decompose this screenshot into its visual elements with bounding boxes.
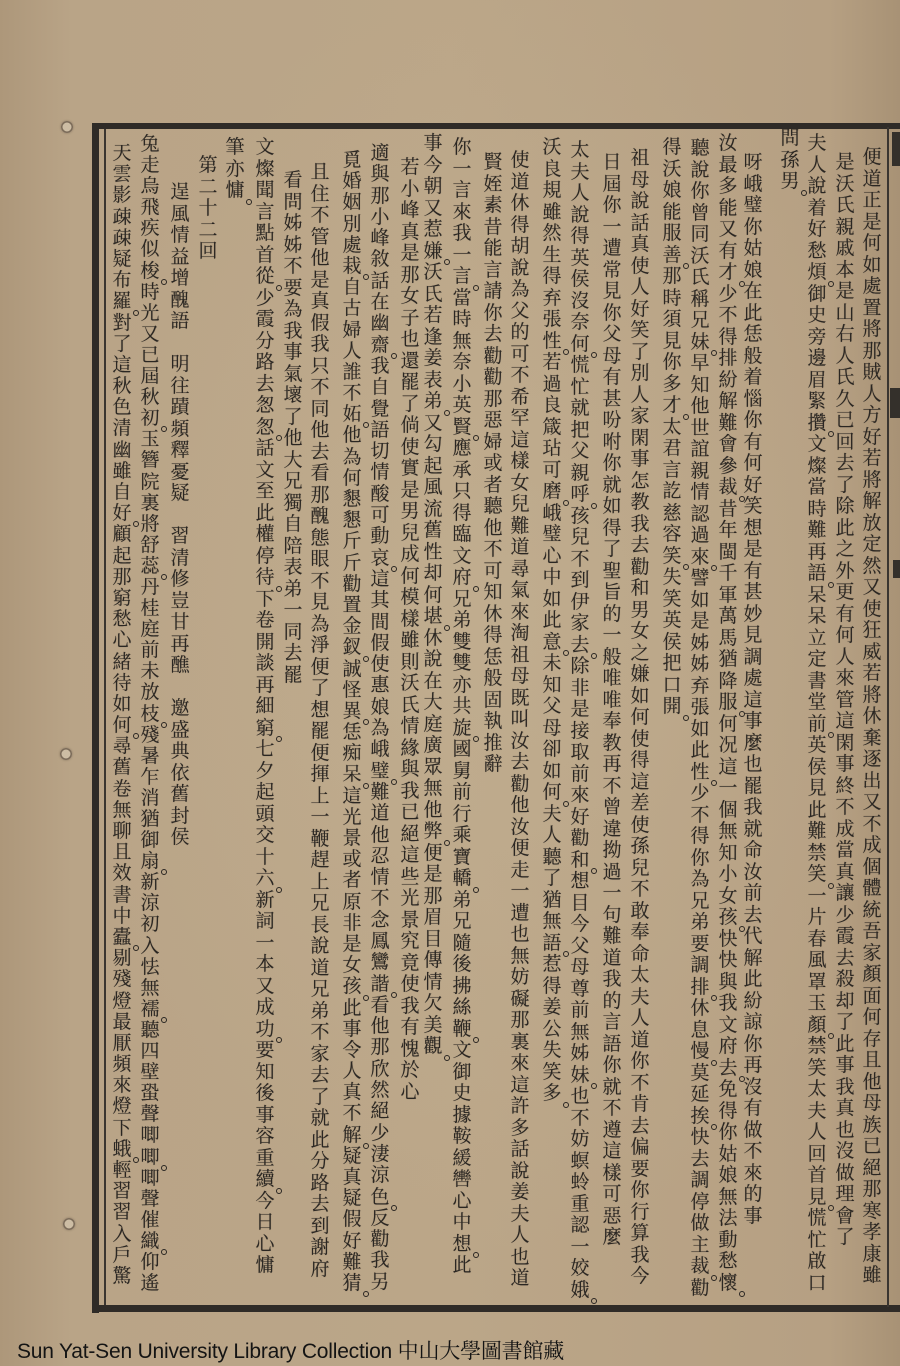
glyph: 母: [569, 957, 591, 979]
glyph: 父: [509, 301, 531, 323]
glyph: 見: [806, 1187, 828, 1209]
glyph: 猶: [717, 649, 739, 671]
glyph: 顏: [861, 964, 883, 986]
verse-column: 你一言來我一言當時無奈小英賢應承只得臨文府兄弟雙雙亦共旋國舅前行乘寶轎弟兄隨後拂…: [451, 137, 473, 1277]
glyph: 如: [541, 761, 563, 783]
glyph: 鳳: [369, 931, 391, 952]
glyph: 殺: [834, 969, 856, 991]
glyph: 朝: [422, 176, 444, 198]
glyph: 勸: [341, 574, 363, 595]
glyph: 怱: [254, 395, 276, 417]
glyph: 使: [369, 654, 391, 675]
glyph: 桂: [139, 598, 161, 619]
glyph: 趕: [309, 850, 331, 872]
glyph: 難: [806, 520, 828, 542]
glyph: 停: [254, 546, 276, 568]
glyph: 良: [541, 395, 563, 417]
glyph: 我: [717, 993, 739, 1015]
glyph: 我: [742, 797, 764, 819]
glyph: 前: [139, 640, 161, 661]
glyph: 定: [861, 534, 883, 556]
glyph: 秋: [139, 387, 161, 408]
glyph: 能: [717, 198, 739, 220]
glyph: 是: [341, 934, 363, 955]
glyph: 賢: [451, 417, 473, 439]
glyph: 不: [369, 888, 391, 909]
glyph: 母: [541, 718, 563, 740]
glyph: 了: [309, 1087, 331, 1109]
glyph: 少: [834, 905, 856, 927]
glyph: 依: [169, 763, 191, 785]
glyph: 文: [806, 434, 828, 456]
glyph: 覺: [369, 399, 391, 420]
glyph: 姪: [482, 174, 504, 196]
glyph: 他: [689, 396, 711, 418]
glyph: 弟: [309, 1001, 331, 1023]
glyph: 何: [399, 566, 421, 588]
glyph: 侯: [169, 827, 191, 849]
glyph: 汝: [717, 133, 739, 155]
glyph: 去: [629, 1116, 651, 1138]
glyph: 修: [169, 569, 191, 591]
glyph: 呆: [341, 764, 363, 785]
glyph: 是: [742, 539, 764, 561]
glyph: 卻: [541, 739, 563, 761]
glyph: 看: [282, 170, 304, 192]
glyph: 本: [834, 260, 856, 282]
glyph: 我: [309, 334, 331, 356]
glyph: 男: [399, 501, 421, 523]
glyph: 眼: [309, 549, 331, 571]
glyph: 醮: [169, 655, 191, 677]
prose-column: 若小峰真是那女子也還罷了倘使實是男兒成何模樣雖則沃氏情緣與我已絕這些光景究竟使我…: [399, 157, 421, 1103]
glyph: 來: [742, 1163, 764, 1185]
glyph: 那: [422, 886, 444, 908]
glyph: 性: [422, 542, 444, 564]
glyph: 頻: [169, 419, 191, 441]
glyph: 裏: [509, 1032, 531, 1054]
glyph: 惹: [422, 219, 444, 241]
glyph: 想: [742, 518, 764, 540]
glyph: 峨: [369, 739, 391, 760]
glyph: 言: [451, 266, 473, 288]
glyph: 好: [111, 503, 133, 524]
glyph: 說: [689, 160, 711, 182]
glyph: 簪: [139, 450, 161, 471]
glyph: 夫: [541, 804, 563, 826]
glyph: 不: [309, 571, 331, 593]
glyph: 姜: [541, 997, 563, 1019]
glyph: 着: [742, 367, 764, 389]
glyph: 金: [341, 616, 363, 637]
glyph: 狂: [861, 620, 883, 642]
glyph: 使: [629, 815, 651, 837]
glyph: 回: [197, 241, 219, 263]
glyph: 氏: [422, 284, 444, 306]
glyph: 令: [341, 1040, 363, 1061]
glyph: 罷: [399, 372, 421, 394]
glyph: 姊: [569, 1043, 591, 1065]
glyph: 情: [169, 225, 191, 247]
glyph: 怱: [254, 417, 276, 439]
glyph: 起: [422, 456, 444, 478]
glyph: 遵: [601, 1120, 623, 1142]
glyph: 到: [569, 570, 591, 592]
glyph: 奉: [601, 711, 623, 733]
glyph: 是: [569, 699, 591, 721]
glyph: 也: [399, 329, 421, 351]
glyph: 何: [861, 1007, 883, 1029]
glyph: 何: [861, 233, 883, 255]
glyph: 勸: [482, 367, 504, 389]
glyph: 調: [742, 647, 764, 669]
glyph: 處: [861, 276, 883, 298]
glyph: 男: [779, 171, 801, 193]
glyph: 今: [422, 155, 444, 177]
glyph: 善: [661, 245, 683, 267]
glyph: 說: [569, 205, 591, 227]
glyph: 情: [369, 462, 391, 483]
glyph: 他: [509, 795, 531, 817]
glyph: 這: [629, 772, 651, 794]
glyph: 輕: [111, 1160, 133, 1181]
glyph: 功: [254, 1019, 276, 1041]
glyph: 快: [717, 950, 739, 972]
glyph: 體: [861, 878, 883, 900]
glyph: 夫: [806, 1101, 828, 1123]
glyph: 者: [482, 475, 504, 497]
glyph: 雙: [451, 653, 473, 675]
glyph: 獨: [282, 493, 304, 515]
glyph: 呆: [806, 585, 828, 607]
glyph: 景: [341, 828, 363, 849]
glyph: 娘: [661, 180, 683, 202]
glyph: 府: [309, 1259, 331, 1281]
glyph: 過: [601, 862, 623, 884]
glyph: 少: [689, 783, 711, 805]
glyph: 誰: [341, 362, 363, 383]
glyph: 夕: [254, 761, 276, 783]
glyph: 也: [834, 1120, 856, 1142]
glyph: 文: [451, 1040, 473, 1062]
glyph: 久: [834, 389, 856, 411]
glyph: 點: [254, 223, 276, 245]
glyph: 親: [689, 461, 711, 483]
glyph: 人: [861, 384, 883, 406]
glyph: 御: [806, 284, 828, 306]
glyph: 是: [689, 611, 711, 633]
glyph: 疎: [111, 207, 133, 228]
glyph: 馬: [717, 628, 739, 650]
glyph: 昔: [482, 217, 504, 239]
glyph: 母: [861, 1093, 883, 1115]
glyph: 羅: [111, 291, 133, 312]
glyph: 霞: [834, 926, 856, 948]
glyph: 鞭: [451, 1019, 473, 1041]
glyph: 似: [139, 239, 161, 260]
glyph: 眉: [806, 370, 828, 392]
glyph: 服: [661, 223, 683, 245]
glyph: 沒: [569, 291, 591, 313]
glyph: 醜: [309, 506, 331, 528]
prose-column: 看問姊姊不要為我事氣壞了他大兄獨自陪表弟一同去罷: [282, 170, 304, 686]
glyph: 君: [661, 438, 683, 460]
glyph: 難: [509, 516, 531, 538]
glyph: 得: [601, 518, 623, 540]
prose-column: 賢姪素昔能言請你去勸勸那惡婦或者聽他不可知休得恁般固執推辭: [482, 152, 504, 776]
glyph: 讓: [834, 883, 856, 905]
glyph: 命: [629, 944, 651, 966]
glyph: 尋: [509, 559, 531, 581]
prose-column: 是沃氏親戚本是山右人氏久已回去了除此之外更有何人來管這閑事終不成當真讓少霞去殺却…: [834, 152, 856, 1249]
prose-column: 使道休得胡說為父的可不希罕這樣女兒難道尋氣來淘祖母既叫汝去勸他汝便走一遭也無妨礙…: [509, 150, 531, 1290]
glyph: 詞: [254, 911, 276, 933]
glyph: 一: [601, 625, 623, 647]
glyph: 成: [254, 997, 276, 1019]
glyph: 孝: [861, 1222, 883, 1244]
glyph: 自: [282, 514, 304, 536]
glyph: 愁: [806, 241, 828, 263]
glyph: 將: [861, 685, 883, 707]
glyph: 為: [689, 869, 711, 891]
glyph: 習: [111, 1181, 133, 1202]
glyph: 氣: [509, 580, 531, 602]
glyph: 他: [369, 825, 391, 846]
glyph: 個: [717, 800, 739, 822]
glyph: 方: [861, 405, 883, 427]
glyph: 一: [806, 886, 828, 908]
glyph: 何: [422, 585, 444, 607]
glyph: 姻: [341, 192, 363, 213]
glyph: 勸: [482, 346, 504, 368]
glyph: 多: [717, 176, 739, 198]
glyph: 置: [861, 298, 883, 320]
glyph: 見: [309, 592, 331, 614]
glyph: 處: [742, 668, 764, 690]
glyph: 疑: [169, 483, 191, 505]
glyph: 情: [399, 716, 421, 738]
glyph: 來: [509, 602, 531, 624]
glyph: 清: [169, 548, 191, 570]
glyph: 去: [689, 1149, 711, 1171]
glyph: 待: [254, 567, 276, 589]
glyph: 待: [111, 673, 133, 694]
glyph: 明: [169, 354, 191, 376]
glyph: 燦: [806, 456, 828, 478]
glyph: 奈: [569, 312, 591, 334]
glyph: 緒: [111, 652, 133, 673]
glyph: 難: [341, 1252, 363, 1273]
glyph: 窮: [111, 588, 133, 609]
glyph: 辭: [482, 754, 504, 776]
glyph: 時: [661, 288, 683, 310]
glyph: 句: [601, 905, 623, 927]
glyph: 表: [422, 370, 444, 392]
glyph: 乍: [139, 767, 161, 788]
glyph: 主: [689, 1235, 711, 1257]
glyph: 些: [399, 867, 421, 889]
glyph: 可: [601, 1184, 623, 1206]
glyph: 愧: [399, 1039, 421, 1061]
glyph: 聞: [254, 180, 276, 202]
glyph: 人: [341, 341, 363, 362]
glyph: 做: [689, 1213, 711, 1235]
glyph: 個: [861, 857, 883, 879]
glyph: 來: [689, 547, 711, 569]
glyph: 便: [422, 843, 444, 865]
glyph: 雲: [111, 164, 133, 185]
glyph: 織: [139, 1231, 161, 1252]
glyph: 見: [742, 625, 764, 647]
glyph: 惠: [369, 675, 391, 696]
glyph: 上: [309, 786, 331, 808]
glyph: 為: [341, 447, 363, 468]
glyph: 家: [629, 406, 651, 428]
glyph: 得: [629, 750, 651, 772]
glyph: 釋: [169, 440, 191, 462]
glyph: 生: [541, 245, 563, 267]
glyph: 來: [451, 202, 473, 224]
glyph: 再: [601, 754, 623, 776]
glyph: 事: [834, 1055, 856, 1077]
glyph: 燈: [111, 991, 133, 1012]
glyph: 會: [834, 1206, 856, 1228]
glyph: 御: [451, 1062, 473, 1084]
glyph: 再: [742, 1055, 764, 1077]
glyph: 異: [341, 701, 363, 722]
glyph: 屆: [139, 366, 161, 387]
glyph: 我: [282, 321, 304, 343]
glyph: 為: [509, 279, 531, 301]
glyph: 何: [629, 707, 651, 729]
glyph: 飛: [139, 197, 161, 218]
frame-left-inner-line: [104, 129, 106, 1306]
glyph: 舅: [451, 761, 473, 783]
glyph: 已: [834, 410, 856, 432]
glyph: 英: [806, 735, 828, 757]
glyph: 口: [806, 1273, 828, 1295]
glyph: 夫: [569, 162, 591, 184]
glyph: 情: [689, 482, 711, 504]
glyph: 訖: [661, 481, 683, 503]
glyph: 光: [341, 807, 363, 828]
verse-column: 天雲影疎疎疑布羅對了這秋色清幽雖自好顧起那窮愁心緒待如何尋舊卷無聊且效書中蠹剔殘…: [111, 143, 133, 1287]
glyph: 拗: [601, 840, 623, 862]
glyph: 了: [834, 1012, 856, 1034]
glyph: 入: [139, 936, 161, 957]
glyph: 文: [451, 546, 473, 568]
glyph: 怎: [629, 471, 651, 493]
glyph: 肯: [629, 1094, 651, 1116]
glyph: 去: [834, 453, 856, 475]
glyph: 首: [806, 1165, 828, 1187]
glyph: 便: [309, 657, 331, 679]
glyph: 自: [111, 482, 133, 503]
glyph: 你: [689, 848, 711, 870]
glyph: 事: [834, 754, 856, 776]
glyph: 走: [509, 860, 531, 882]
glyph: 雖: [111, 461, 133, 482]
glyph: 風: [806, 950, 828, 972]
chapter-title: 逞風情益增醜語明往蹟頻釋憂疑習清修豈甘再醮邀盛典依舊封侯: [169, 182, 191, 849]
glyph: 母: [629, 170, 651, 192]
glyph: 沃: [399, 673, 421, 695]
glyph: 中: [541, 567, 563, 589]
glyph: 兒: [399, 523, 421, 545]
glyph: 裁: [717, 477, 739, 499]
glyph: 見: [806, 778, 828, 800]
glyph: 峰: [369, 228, 391, 249]
glyph: 那: [661, 266, 683, 288]
glyph: 快: [717, 929, 739, 951]
glyph: 憂: [169, 462, 191, 484]
glyph: 時: [806, 499, 828, 521]
glyph: 來: [834, 668, 856, 690]
glyph: 孩: [569, 506, 591, 528]
glyph: 使: [629, 256, 651, 278]
glyph: 沃: [422, 262, 444, 284]
glyph: 息: [689, 1020, 711, 1042]
glyph: 廣: [422, 735, 444, 757]
glyph: 霞: [254, 309, 276, 331]
verse-column: 夫人說着好愁煩御史旁邊眉緊攢文燦當時難再語呆呆立定書堂前英侯見此難禁笑一片春風罩…: [806, 133, 828, 1294]
glyph: 管: [834, 690, 856, 712]
glyph: 兄: [282, 471, 304, 493]
glyph: 聲: [139, 1104, 161, 1125]
glyph: 心: [541, 546, 563, 568]
glyph: 婦: [482, 432, 504, 454]
glyph: 好: [861, 427, 883, 449]
glyph: 你: [629, 1051, 651, 1073]
glyph: 有: [717, 241, 739, 263]
glyph: 的: [601, 604, 623, 626]
glyph: 殘: [139, 725, 161, 746]
glyph: 鞍: [451, 1126, 473, 1148]
glyph: 固: [482, 690, 504, 712]
glyph: 頭: [254, 804, 276, 826]
fold-column-edge-line: [887, 127, 889, 1307]
glyph: 汝: [742, 862, 764, 884]
glyph: 軍: [717, 585, 739, 607]
glyph: 春: [806, 929, 828, 951]
glyph: 好: [569, 807, 591, 829]
glyph: 許: [509, 1096, 531, 1118]
glyph: 誼: [689, 439, 711, 461]
glyph: 已: [861, 1136, 883, 1158]
glyph: 語: [369, 420, 391, 441]
glyph: 不: [482, 539, 504, 561]
glyph: 暑: [139, 746, 161, 767]
glyph: 侯: [806, 757, 828, 779]
glyph: 心: [451, 1191, 473, 1213]
glyph: 究: [399, 931, 421, 953]
glyph: 重: [569, 1194, 591, 1216]
glyph: 去: [742, 905, 764, 927]
glyph: 忍: [369, 846, 391, 867]
glyph: 恁: [742, 324, 764, 346]
glyph: 得: [717, 1101, 739, 1123]
glyph: 好: [806, 219, 828, 241]
glyph: 景: [399, 910, 421, 932]
glyph: 釵: [341, 637, 363, 658]
glyph: 接: [569, 721, 591, 743]
glyph: 偏: [629, 1137, 651, 1159]
glyph: 後: [254, 1083, 276, 1105]
glyph: 一: [601, 883, 623, 905]
glyph: 何: [717, 714, 739, 736]
glyph: 呀: [742, 152, 764, 174]
glyph: 慵: [254, 1255, 276, 1277]
